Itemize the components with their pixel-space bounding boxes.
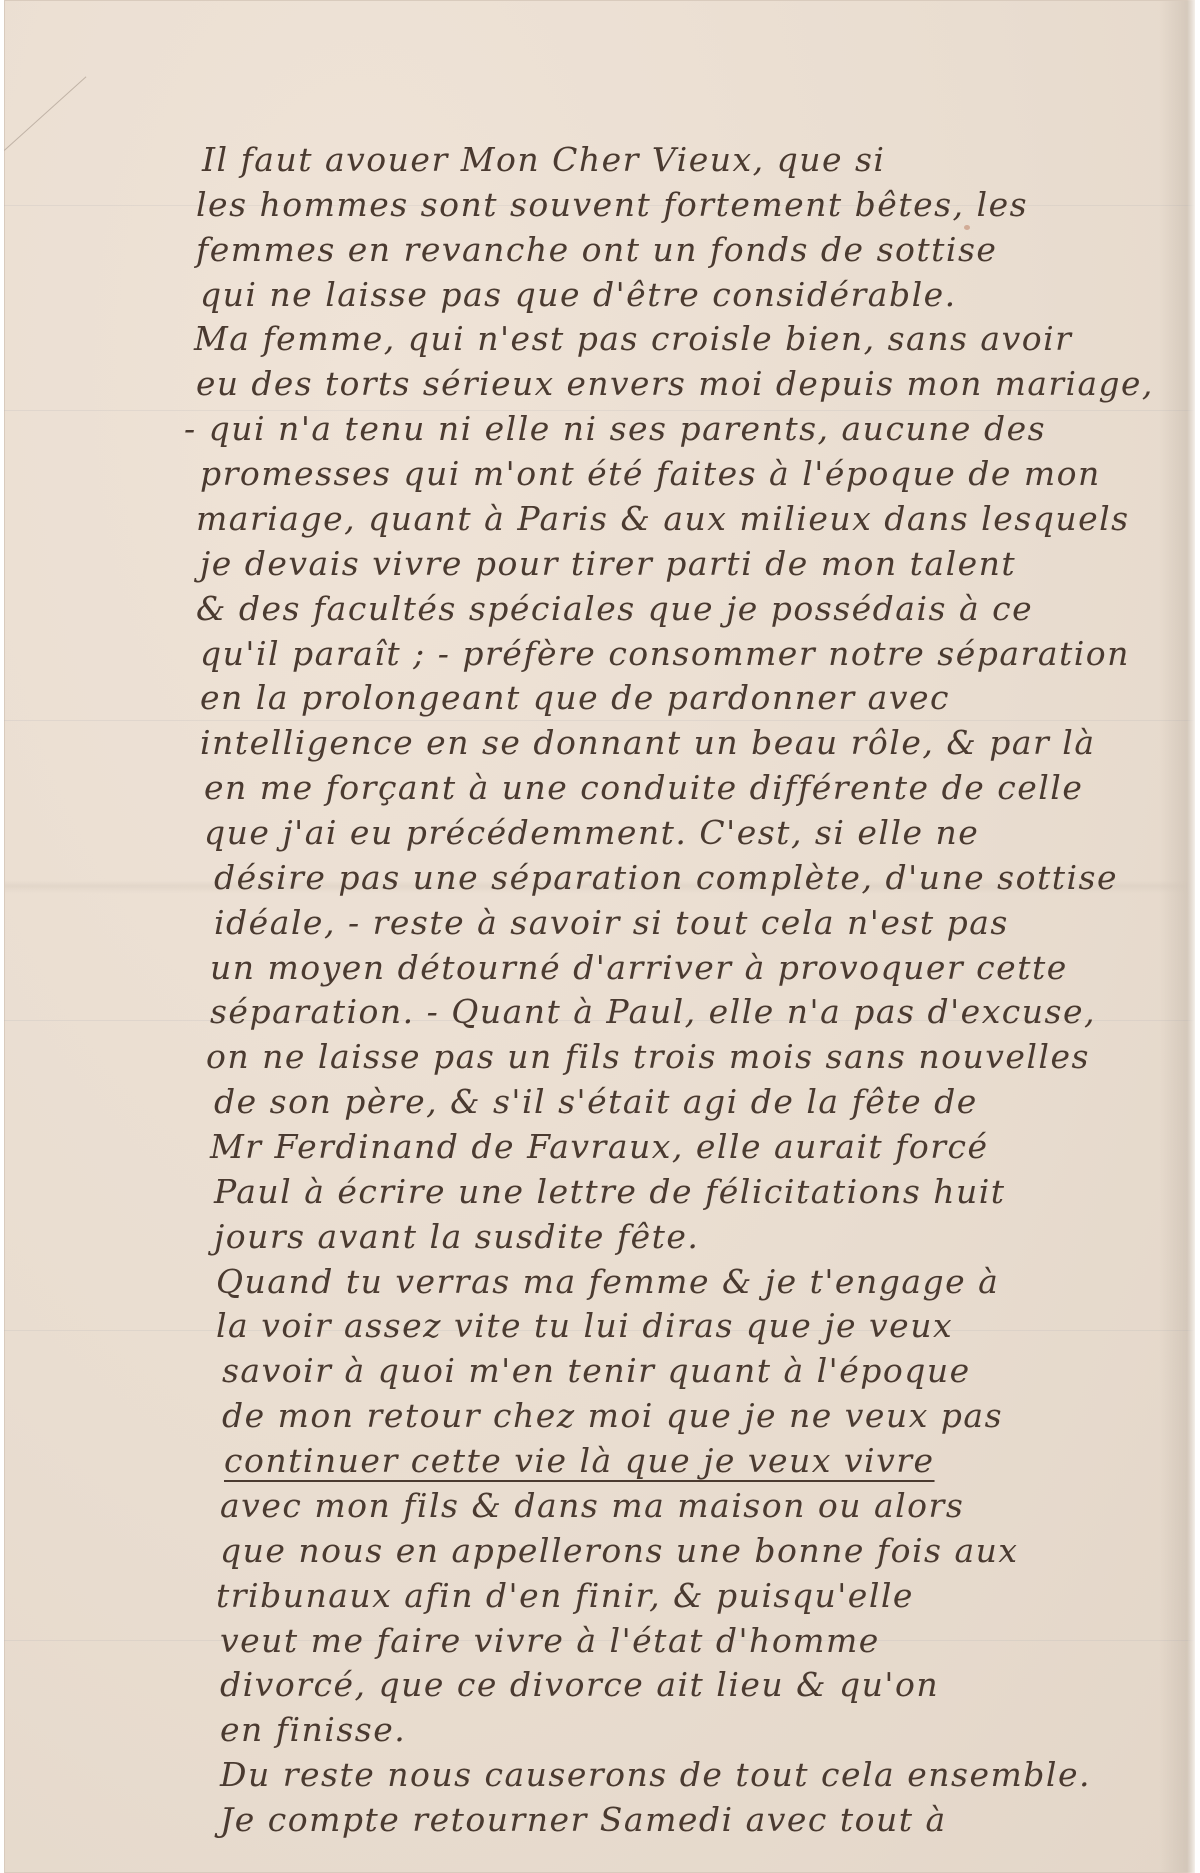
letter-line: - qui n'a tenu ni elle ni ses parents, a…	[184, 409, 1046, 448]
letter-line: un moyen détourné d'arriver à provoquer …	[210, 948, 1068, 987]
letter-line: idéale, - reste à savoir si tout cela n'…	[214, 903, 1009, 942]
letter-line: que nous en appellerons une bonne fois a…	[220, 1531, 1019, 1570]
letter-line: séparation. - Quant à Paul, elle n'a pas…	[210, 992, 1096, 1031]
letter-line: divorcé, que ce divorce ait lieu & qu'on	[220, 1665, 939, 1704]
letter-line: eu des torts sérieux envers moi depuis m…	[196, 364, 1154, 403]
letter-line: Mr Ferdinand de Favraux, elle aurait for…	[210, 1127, 989, 1166]
letter-line: veut me faire vivre à l'état d'homme	[220, 1621, 880, 1660]
letter-line: savoir à quoi m'en tenir quant à l'époqu…	[222, 1351, 971, 1390]
letter-line: en finisse.	[220, 1710, 406, 1749]
letter-line: de mon retour chez moi que je ne veux pa…	[222, 1396, 1003, 1435]
letter-line: & des facultés spéciales que je possédai…	[196, 589, 1033, 628]
letter-line: je devais vivre pour tirer parti de mon …	[200, 544, 1016, 583]
letter-line: Du reste nous causerons de tout cela ens…	[220, 1755, 1091, 1794]
letter-line: qui ne laisse pas que d'être considérabl…	[200, 275, 957, 314]
letter-line: la voir assez vite tu lui diras que je v…	[216, 1306, 953, 1345]
letter-line: mariage, quant à Paris & aux milieux dan…	[196, 499, 1130, 538]
letter-line: Il faut avouer Mon Cher Vieux, que si	[202, 140, 885, 179]
letter-line: femmes en revanche ont un fonds de sotti…	[196, 230, 997, 269]
letter-page: Il faut avouer Mon Cher Vieux, que si le…	[4, 0, 1195, 1873]
letter-line: désire pas une séparation complète, d'un…	[214, 858, 1118, 897]
letter-line: promesses qui m'ont été faites à l'époqu…	[200, 454, 1101, 493]
letter-line: Quand tu verras ma femme & je t'engage à	[216, 1262, 999, 1301]
letter-line: tribunaux afin d'en finir, & puisqu'elle	[216, 1576, 914, 1615]
handwritten-text-body: Il faut avouer Mon Cher Vieux, que si le…	[4, 0, 1195, 1873]
letter-line: on ne laisse pas un fils trois mois sans…	[206, 1037, 1090, 1076]
letter-line: avec mon fils & dans ma maison ou alors	[220, 1486, 964, 1525]
letter-line: jours avant la susdite fête.	[214, 1217, 699, 1256]
letter-line: de son père, & s'il s'était agi de la fê…	[214, 1082, 978, 1121]
letter-line: que j'ai eu précédemment. C'est, si elle…	[204, 813, 979, 852]
letter-line: les hommes sont souvent fortement bêtes,…	[196, 185, 1028, 224]
letter-line: en la prolongeant que de pardonner avec	[200, 678, 950, 717]
letter-line-underlined: continuer cette vie là que je veux vivre	[224, 1441, 935, 1480]
letter-line: en me forçant à une conduite différente …	[204, 768, 1083, 807]
letter-line: Paul à écrire une lettre de félicitation…	[214, 1172, 1006, 1211]
letter-line: intelligence en se donnant un beau rôle,…	[200, 723, 1096, 762]
letter-line: qu'il paraît ; - préfère consommer notre…	[200, 634, 1130, 673]
letter-line: Ma femme, qui n'est pas croisle bien, sa…	[194, 319, 1072, 358]
letter-line: Je compte retourner Samedi avec tout à	[220, 1800, 947, 1839]
